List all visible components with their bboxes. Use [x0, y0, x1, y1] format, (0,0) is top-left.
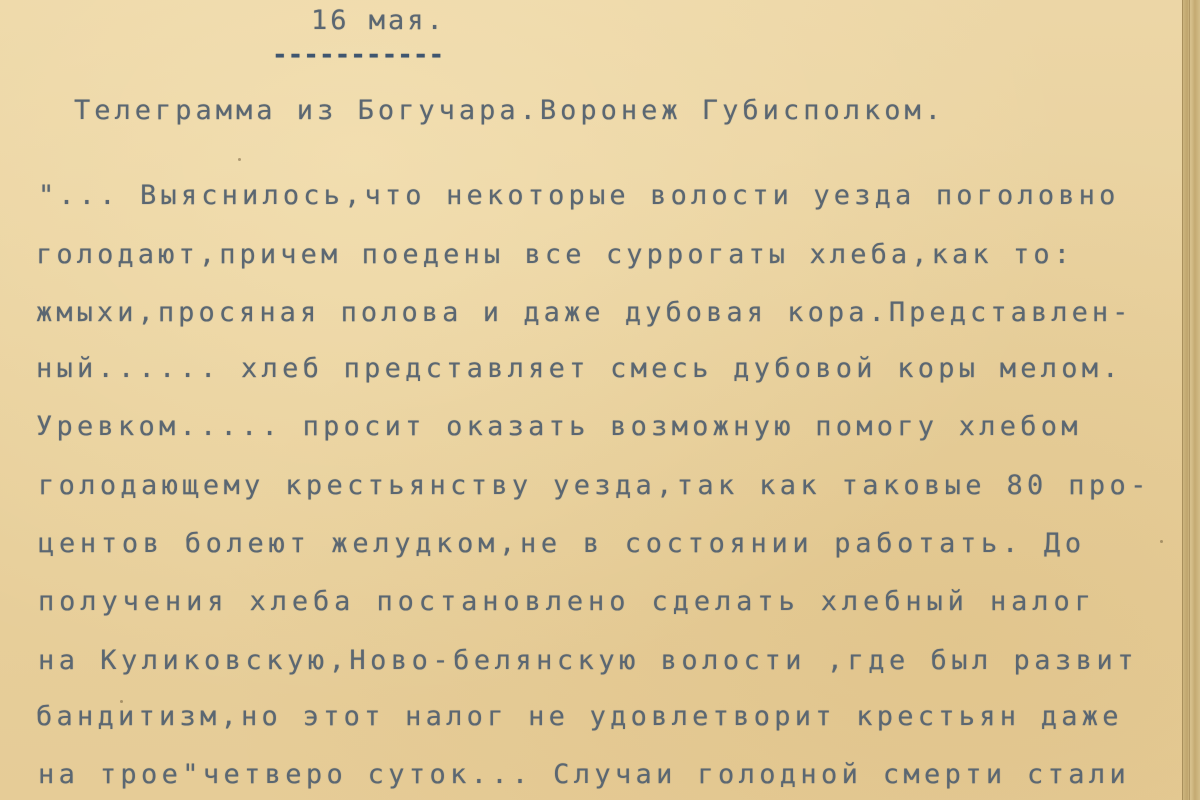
body-line: "... Выяснилось,что некоторые волости уе…: [38, 182, 1119, 209]
body-line: на трое"четверо суток... Случаи голодной…: [38, 761, 1130, 788]
body-line: ный...... хлеб представляет смесь дубово…: [36, 355, 1123, 382]
body-line: на Куликовскую,Ново-белянскую волости ,г…: [38, 647, 1138, 674]
paper-speck: [238, 158, 241, 161]
body-line: бандитизм,но этот налог не удовлетворит …: [36, 703, 1123, 730]
document-page: 16 мая. ----------- Телеграмма из Богуча…: [0, 0, 1183, 800]
date-title: 16 мая.: [311, 7, 446, 34]
body-line: голодающему крестьянству уезда,так как т…: [38, 472, 1151, 499]
paper-speck: [1160, 540, 1163, 543]
page-edge: [1182, 0, 1200, 800]
body-line: голодают,причем поедены все суррогаты хл…: [36, 241, 1074, 268]
body-line: жмыхи,просяная полова и даже дубовая кор…: [36, 299, 1133, 326]
telegram-heading: Телеграмма из Богучара.Воронеж Губисполк…: [74, 97, 945, 124]
date-underline: -----------: [272, 42, 444, 68]
body-line: центов болеют желудком,не в состоянии ра…: [38, 530, 1086, 557]
paper-speck: [120, 700, 123, 703]
body-line: Уревком..... просит оказать возможную по…: [36, 413, 1082, 440]
body-line: получения хлеба постановлено сделать хле…: [38, 588, 1096, 615]
